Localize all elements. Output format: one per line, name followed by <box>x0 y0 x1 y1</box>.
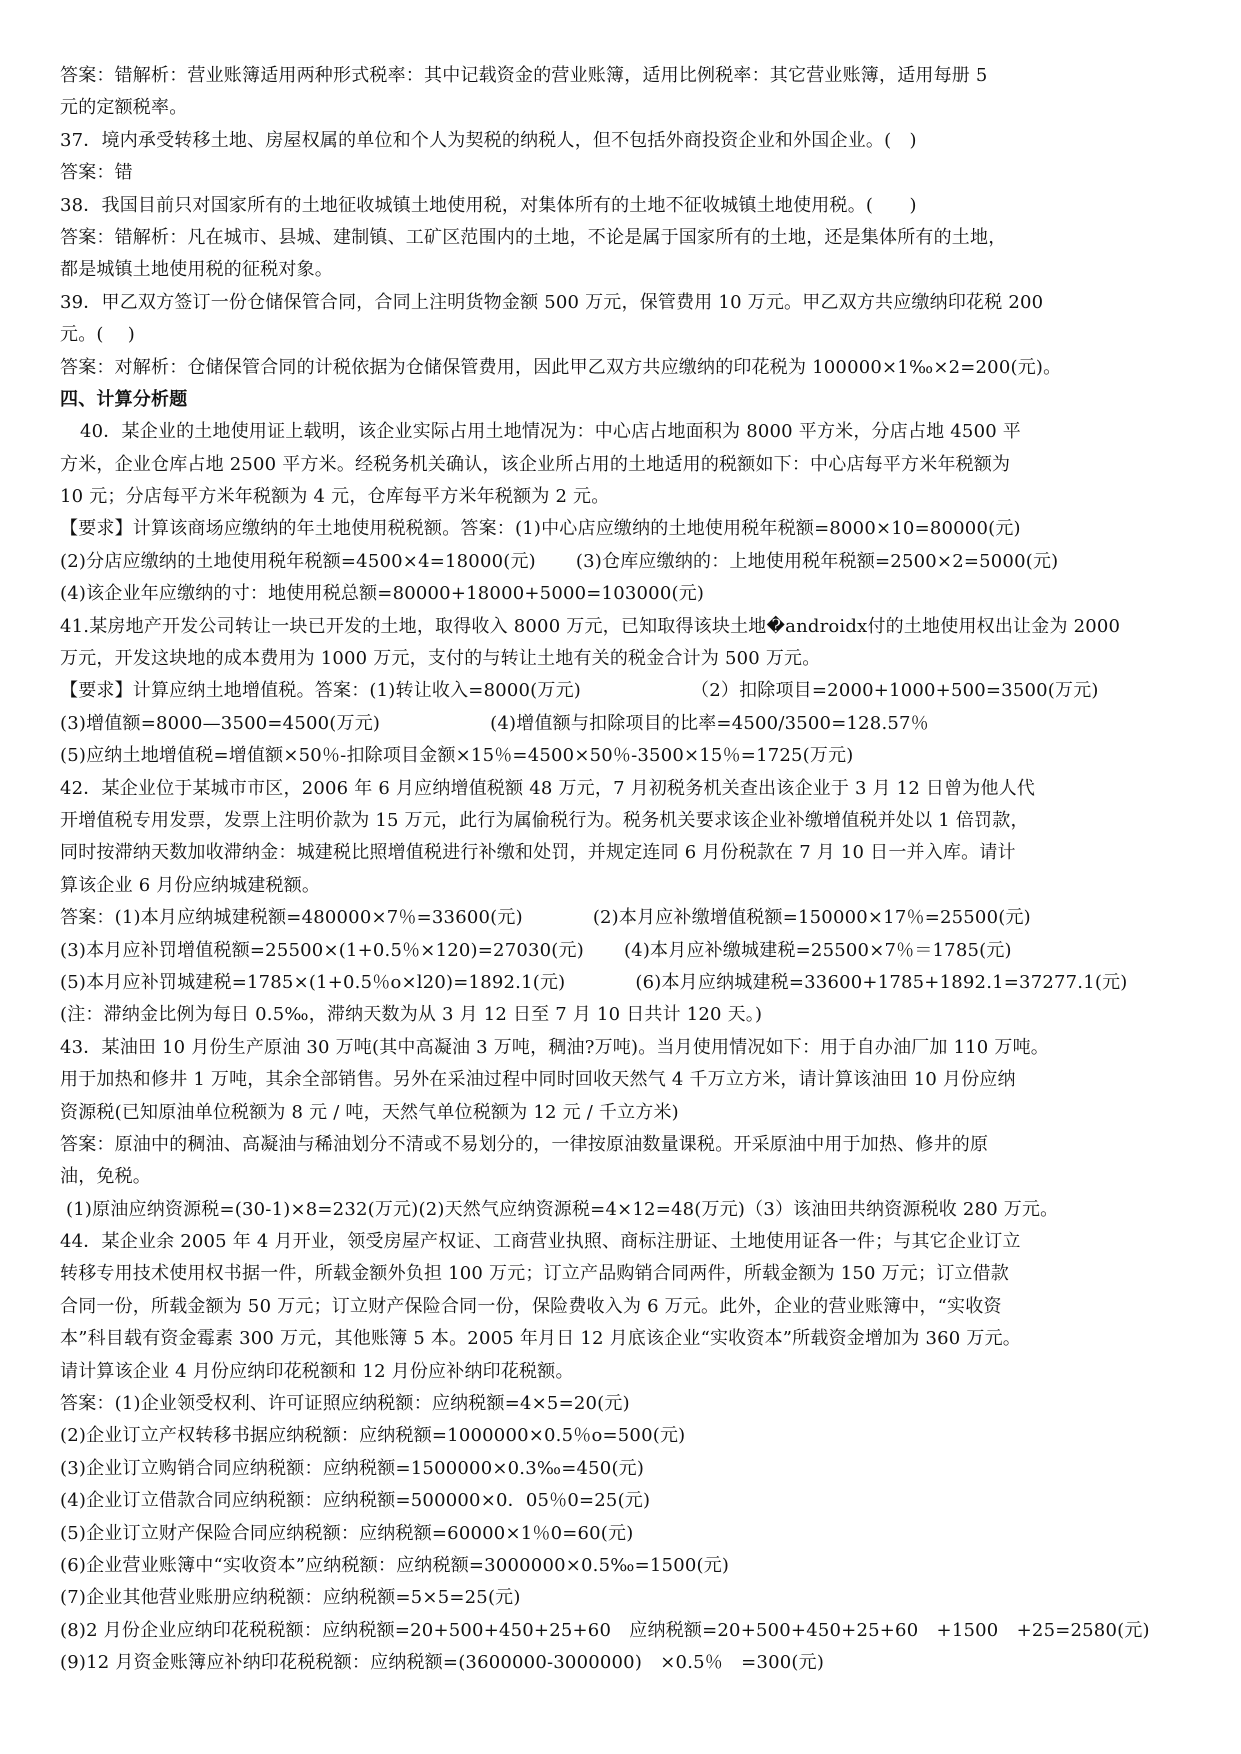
answer-42-step-1: 答案：(1)本月应纳城建税额=480000×7％=33600(元) <box>60 907 523 928</box>
answer-42-step-4: (4)本月应补缴城建税=25500×7％＝1785(元) <box>624 940 1012 961</box>
question-42-line-3: 同时按滞纳天数加收滞纳金：城建税比照增值税进行补缴和处罚，并规定连同 6 月份税… <box>60 837 1180 869</box>
answer-41-step-3: (3)增值额=8000—3500=4500(万元) <box>60 713 380 734</box>
question-39-line-1: 39．甲乙双方签订一份仓储保管合同，合同上注明货物金额 500 万元，保管费用 … <box>60 287 1180 319</box>
answer-41-step-2: （2）扣除项目=2000+1000+500=3500(万元) <box>691 680 1099 701</box>
answer-40-step-4: (4)该企业年应缴纳的寸：地使用税总额=80000+18000+5000=103… <box>60 578 1180 610</box>
answer-44-step-1: 答案：(1)企业领受权利、许可证照应纳税额：应纳税额=4×5=20(元) <box>60 1388 1180 1420</box>
question-44-line-4: 本”科目载有资金霉素 300 万元，其他账簿 5 本。2005 年月日 12 月… <box>60 1323 1180 1355</box>
question-38: 38．我国目前只对国家所有的土地征收城镇土地使用税，对集体所有的土地不征收城镇土… <box>60 190 1180 222</box>
question-40-line-3: 10 元；分店每平方米年税额为 4 元，仓库每平方米年税额为 2 元。 <box>60 481 1180 513</box>
answer-44-step-9: (9)12 月资金账簿应补纳印花税税额：应纳税额=(3600000-300000… <box>60 1647 1180 1679</box>
question-44-line-3: 合同一份，所载金额为 50 万元；订立财产保险合同一份，保险费收入为 6 万元。… <box>60 1291 1180 1323</box>
question-44-line-5: 请计算该企业 4 月份应纳印花税额和 12 月份应补纳印花税额。 <box>60 1356 1180 1388</box>
question-39-line-2: 元。( ) <box>60 319 1180 351</box>
answer-42-line-2: (3)本月应补罚增值税额=25500×(1+0.5％×120)=27030(元)… <box>60 935 1180 967</box>
answer-40-line-2: (2)分店应缴纳的土地使用税年税额=4500×4=18000(元)(3)仓库应缴… <box>60 546 1180 578</box>
answer-43-line-3: (1)原油应纳资源税=(30-1)×8=232(万元)(2)天然气应纳资源税=4… <box>60 1194 1180 1226</box>
answer-40-step-2: (2)分店应缴纳的土地使用税年税额=4500×4=18000(元) <box>60 551 536 572</box>
question-41-line-1: 41.某房地产开发公司转让一块已开发的土地，取得收入 8000 万元，已知取得该… <box>60 611 1180 643</box>
answer-44-step-2: (2)企业订立产权转移书据应纳税额：应纳税额=1000000×0.5％o=500… <box>60 1420 1180 1452</box>
answer-42-note: (注：滞纳金比例为每日 0.5‰，滞纳天数为从 3 月 12 日至 7 月 10… <box>60 999 1180 1031</box>
question-44-line-2: 转移专用技术使用权书据一件，所载金额外负担 100 万元；订立产品购销合同两件，… <box>60 1258 1180 1290</box>
answer-41-step-1: 【要求】计算应纳土地增值税。答案：(1)转让收入=8000(万元) <box>60 680 581 701</box>
answer-40-step-3: (3)仓库应缴纳的：上地使用税年税额=2500×2=5000(元) <box>576 551 1058 572</box>
question-37: 37．境内承受转移土地、房屋权属的单位和个人为契税的纳税人，但不包括外商投资企业… <box>60 125 1180 157</box>
section-heading: 四、计算分析题 <box>60 384 1180 416</box>
question-43-line-1: 43．某油田 10 月份生产原油 30 万吨(其中高凝油 3 万吨，稠油?万吨)… <box>60 1032 1180 1064</box>
answer-42-step-5: (5)本月应补罚城建税=1785×(1+0.5％o×l20)=1892.1(元) <box>60 972 565 993</box>
question-44-line-1: 44．某企业余 2005 年 4 月开业，领受房屋产权证、工商营业执照、商标注册… <box>60 1226 1180 1258</box>
answer-43-line-1: 答案：原油中的稠油、高凝油与稀油划分不清或不易划分的，一律按原油数量课税。开采原… <box>60 1129 1180 1161</box>
question-42-line-1: 42．某企业位于某城市市区，2006 年 6 月应纳增值税额 48 万元，7 月… <box>60 773 1180 805</box>
answer-42-step-2: (2)本月应补缴增值税额=150000×17％=25500(元) <box>593 907 1031 928</box>
answer-41-line-2: (3)增值额=8000—3500=4500(万元)(4)增值额与扣除项目的比率=… <box>60 708 1180 740</box>
answer-44-step-5: (5)企业订立财产保险合同应纳税额：应纳税额=60000×1％0=60(元) <box>60 1518 1180 1550</box>
answer-41-step-5: (5)应纳土地增值税=增值额×50％-扣除项目金额×15％=4500×50％-3… <box>60 740 1180 772</box>
question-42-line-2: 开增值税专用发票，发票上注明价款为 15 万元，此行为属偷税行为。税务机关要求该… <box>60 805 1180 837</box>
answer-36-line-1: 答案：错解析：营业账簿适用两种形式税率：其中记载资金的营业账簿，适用比例税率：其… <box>60 60 1180 92</box>
answer-41-line-1: 【要求】计算应纳土地增值税。答案：(1)转让收入=8000(万元)（2）扣除项目… <box>60 675 1180 707</box>
document-page: 答案：错解析：营业账簿适用两种形式税率：其中记载资金的营业账簿，适用比例税率：其… <box>60 60 1180 1680</box>
question-42-line-4: 算该企业 6 月份应纳城建税额。 <box>60 870 1180 902</box>
answer-37: 答案：错 <box>60 157 1180 189</box>
question-43-line-3: 资源税(已知原油单位税额为 8 元 / 吨，天然气单位税额为 12 元 / 千立… <box>60 1097 1180 1129</box>
answer-44-step-8: (8)2 月份企业应纳印花税税额：应纳税额=20+500+450+25+60 应… <box>60 1615 1180 1647</box>
answer-42-step-6: (6)本月应纳城建税=33600+1785+1892.1=37277.1(元) <box>635 972 1127 993</box>
question-41-line-2: 万元，开发这块地的成本费用为 1000 万元，支付的与转让土地有关的税金合计为 … <box>60 643 1180 675</box>
question-43-line-2: 用于加热和修井 1 万吨，其余全部销售。另外在采油过程中同时回收天然气 4 千万… <box>60 1064 1180 1096</box>
answer-41-step-4: (4)增值额与扣除项目的比率=4500/3500=128.57％ <box>490 713 929 734</box>
question-40-line-2: 方米，企业仓库占地 2500 平方米。经税务机关确认，该企业所占用的土地适用的税… <box>60 449 1180 481</box>
answer-42-line-3: (5)本月应补罚城建税=1785×(1+0.5％o×l20)=1892.1(元)… <box>60 967 1180 999</box>
answer-38-line-2: 都是城镇土地使用税的征税对象。 <box>60 254 1180 286</box>
answer-44-step-6: (6)企业营业账簿中“实收资本”应纳税额：应纳税额=3000000×0.5‰=1… <box>60 1550 1180 1582</box>
answer-38-line-1: 答案：错解析：凡在城市、县城、建制镇、工矿区范围内的土地，不论是属于国家所有的土… <box>60 222 1180 254</box>
answer-44-step-4: (4)企业订立借款合同应纳税额：应纳税额=500000×0．05％0=25(元) <box>60 1485 1180 1517</box>
answer-44-step-3: (3)企业订立购销合同应纳税额：应纳税额=1500000×0.3‰=450(元) <box>60 1453 1180 1485</box>
answer-42-step-3: (3)本月应补罚增值税额=25500×(1+0.5％×120)=27030(元) <box>60 940 584 961</box>
answer-39: 答案：对解析：仓储保管合同的计税依据为仓储保管费用，因此甲乙双方共应缴纳的印花税… <box>60 352 1180 384</box>
answer-36-line-2: 元的定额税率。 <box>60 92 1180 124</box>
answer-42-line-1: 答案：(1)本月应纳城建税额=480000×7％=33600(元)(2)本月应补… <box>60 902 1180 934</box>
answer-44-step-7: (7)企业其他营业账册应纳税额：应纳税额=5×5=25(元) <box>60 1582 1180 1614</box>
question-40-line-1: 40．某企业的土地使用证上载明，该企业实际占用土地情况为：中心店占地面积为 80… <box>60 416 1180 448</box>
answer-40-line-1: 【要求】计算该商场应缴纳的年土地使用税税额。答案：(1)中心店应缴纳的土地使用税… <box>60 513 1180 545</box>
answer-43-line-2: 油，免税。 <box>60 1161 1180 1193</box>
